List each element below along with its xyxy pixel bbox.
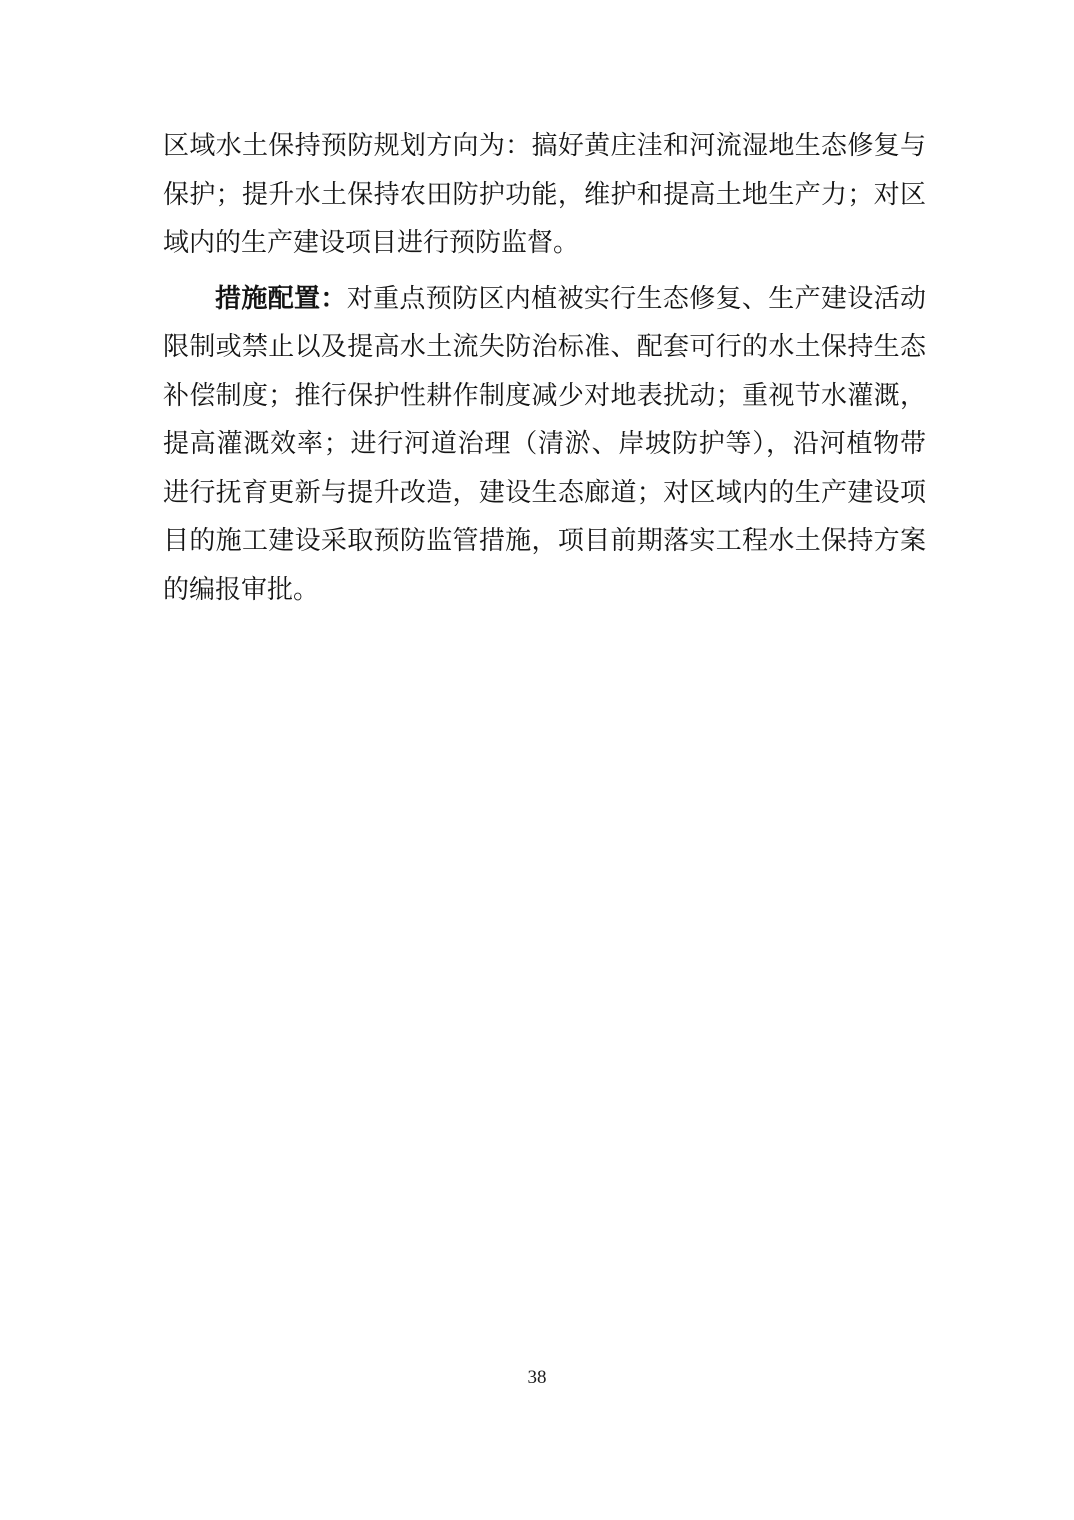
paragraph-lead-bold: 措施配置： — [215, 284, 347, 313]
document-page: 区域水土保持预防规划方向为：搞好黄庄洼和河流湿地生态修复与保护；提升水土保持农田… — [0, 0, 1074, 1520]
paragraph-measures: 措施配置：对重点预防区内植被实行生态修复、生产建设活动限制或禁止以及提高水土流失… — [163, 275, 926, 615]
paragraph-text: 区域水土保持预防规划方向为：搞好黄庄洼和河流湿地生态修复与保护；提升水土保持农田… — [163, 131, 926, 257]
paragraph-text: 对重点预防区内植被实行生态修复、生产建设活动限制或禁止以及提高水土流失防治标准、… — [163, 284, 926, 604]
paragraph-prevention-plan: 区域水土保持预防规划方向为：搞好黄庄洼和河流湿地生态修复与保护；提升水土保持农田… — [163, 122, 926, 268]
document-body: 区域水土保持预防规划方向为：搞好黄庄洼和河流湿地生态修复与保护；提升水土保持农田… — [163, 122, 926, 614]
page-number: 38 — [0, 1366, 1074, 1390]
